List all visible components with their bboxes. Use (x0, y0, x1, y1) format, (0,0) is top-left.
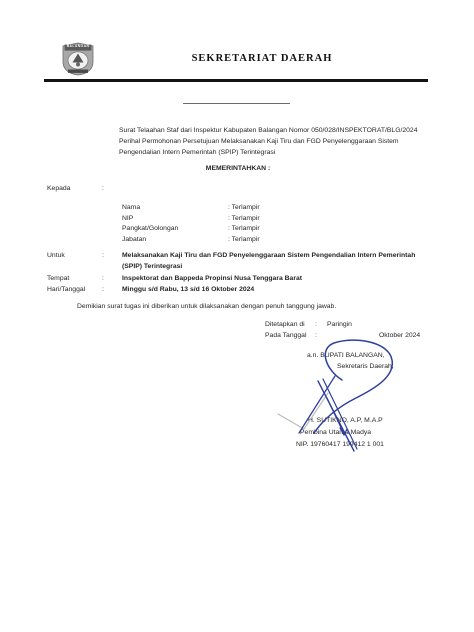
detail-colon: : (102, 251, 122, 273)
recipient-row-nip: NIP : Terlampir (122, 214, 422, 225)
command-heading: MEMERINTAHKAN : (119, 165, 357, 172)
letter-number-line (183, 103, 290, 104)
field-value: : Terlampir (228, 203, 260, 214)
detail-row-hari-tanggal: Hari/Tanggal : Minggu s/d Rabu, 13 s/d 1… (47, 285, 431, 296)
letterhead-title: SEKRETARIAT DAERAH (90, 53, 434, 64)
closing-paragraph: Demikian surat tugas ini diberikan untuk… (77, 303, 417, 310)
issuance-colon: : (315, 330, 327, 341)
recipient-row-jabatan: Jabatan : Terlampir (122, 235, 422, 246)
field-label: Nama (122, 203, 228, 214)
assignment-details: Untuk : Melaksanakan Kaji Tiru dan FGD P… (47, 251, 431, 297)
letterhead-rule (44, 79, 428, 82)
detail-label: Untuk (47, 251, 102, 273)
signatory-rank: Pembina Utama Madya (300, 429, 371, 436)
signatory-name: H. SUTIKNO, A.P, M.A.P (308, 417, 383, 424)
subject-paragraph: Surat Telaahan Staf dari Inspektur Kabup… (119, 126, 431, 158)
issuance-row-place: Ditetapkan di : Paringin (265, 319, 430, 330)
issuance-value: Paringin (327, 319, 352, 330)
field-value: : Terlampir (228, 235, 260, 246)
detail-row-tempat: Tempat : Inspektorat dan Bappeda Propins… (47, 274, 431, 285)
detail-value: Minggu s/d Rabu, 13 s/d 16 Oktober 2024 (122, 285, 431, 296)
on-behalf-line: a.n. BUPATI BALANGAN, (307, 352, 385, 359)
detail-row-untuk: Untuk : Melaksanakan Kaji Tiru dan FGD P… (47, 251, 431, 273)
detail-label: Tempat (47, 274, 102, 285)
detail-label: Hari/Tanggal (47, 285, 102, 296)
signatory-position: Sekretaris Daerah, (337, 363, 394, 370)
detail-colon: : (102, 285, 122, 296)
detail-value: Melaksanakan Kaji Tiru dan FGD Penyeleng… (122, 251, 431, 273)
field-value: : Terlampir (228, 224, 260, 235)
detail-value: Inspektorat dan Bappeda Propinsi Nusa Te… (122, 274, 431, 285)
detail-colon: : (102, 274, 122, 285)
issuance-colon: : (315, 319, 327, 330)
recipient-fields: Nama : Terlampir NIP : Terlampir Pangkat… (122, 203, 422, 245)
recipient-row-nama: Nama : Terlampir (122, 203, 422, 214)
kepada-label: Kepada (47, 185, 70, 192)
kepada-colon: : (102, 185, 104, 192)
issuance-label: Ditetapkan di (265, 319, 315, 330)
recipient-row-pangkat: Pangkat/Golongan : Terlampir (122, 224, 422, 235)
issuance-block: Ditetapkan di : Paringin Pada Tanggal : … (265, 319, 430, 341)
issuance-row-date: Pada Tanggal : Oktober 2024 (265, 330, 430, 341)
field-label: NIP (122, 214, 228, 225)
letter-page: { "document": { "colon": ":", "colors": … (0, 0, 474, 632)
issuance-value: Oktober 2024 (327, 330, 420, 341)
logo-banner-text: BALANGAN (62, 44, 94, 48)
field-value: : Terlampir (228, 214, 260, 225)
signatory-nip: NIP. 19760417 199412 1 001 (296, 441, 384, 448)
field-label: Pangkat/Golongan (122, 224, 228, 235)
field-label: Jabatan (122, 235, 228, 246)
issuance-label: Pada Tanggal (265, 330, 315, 341)
